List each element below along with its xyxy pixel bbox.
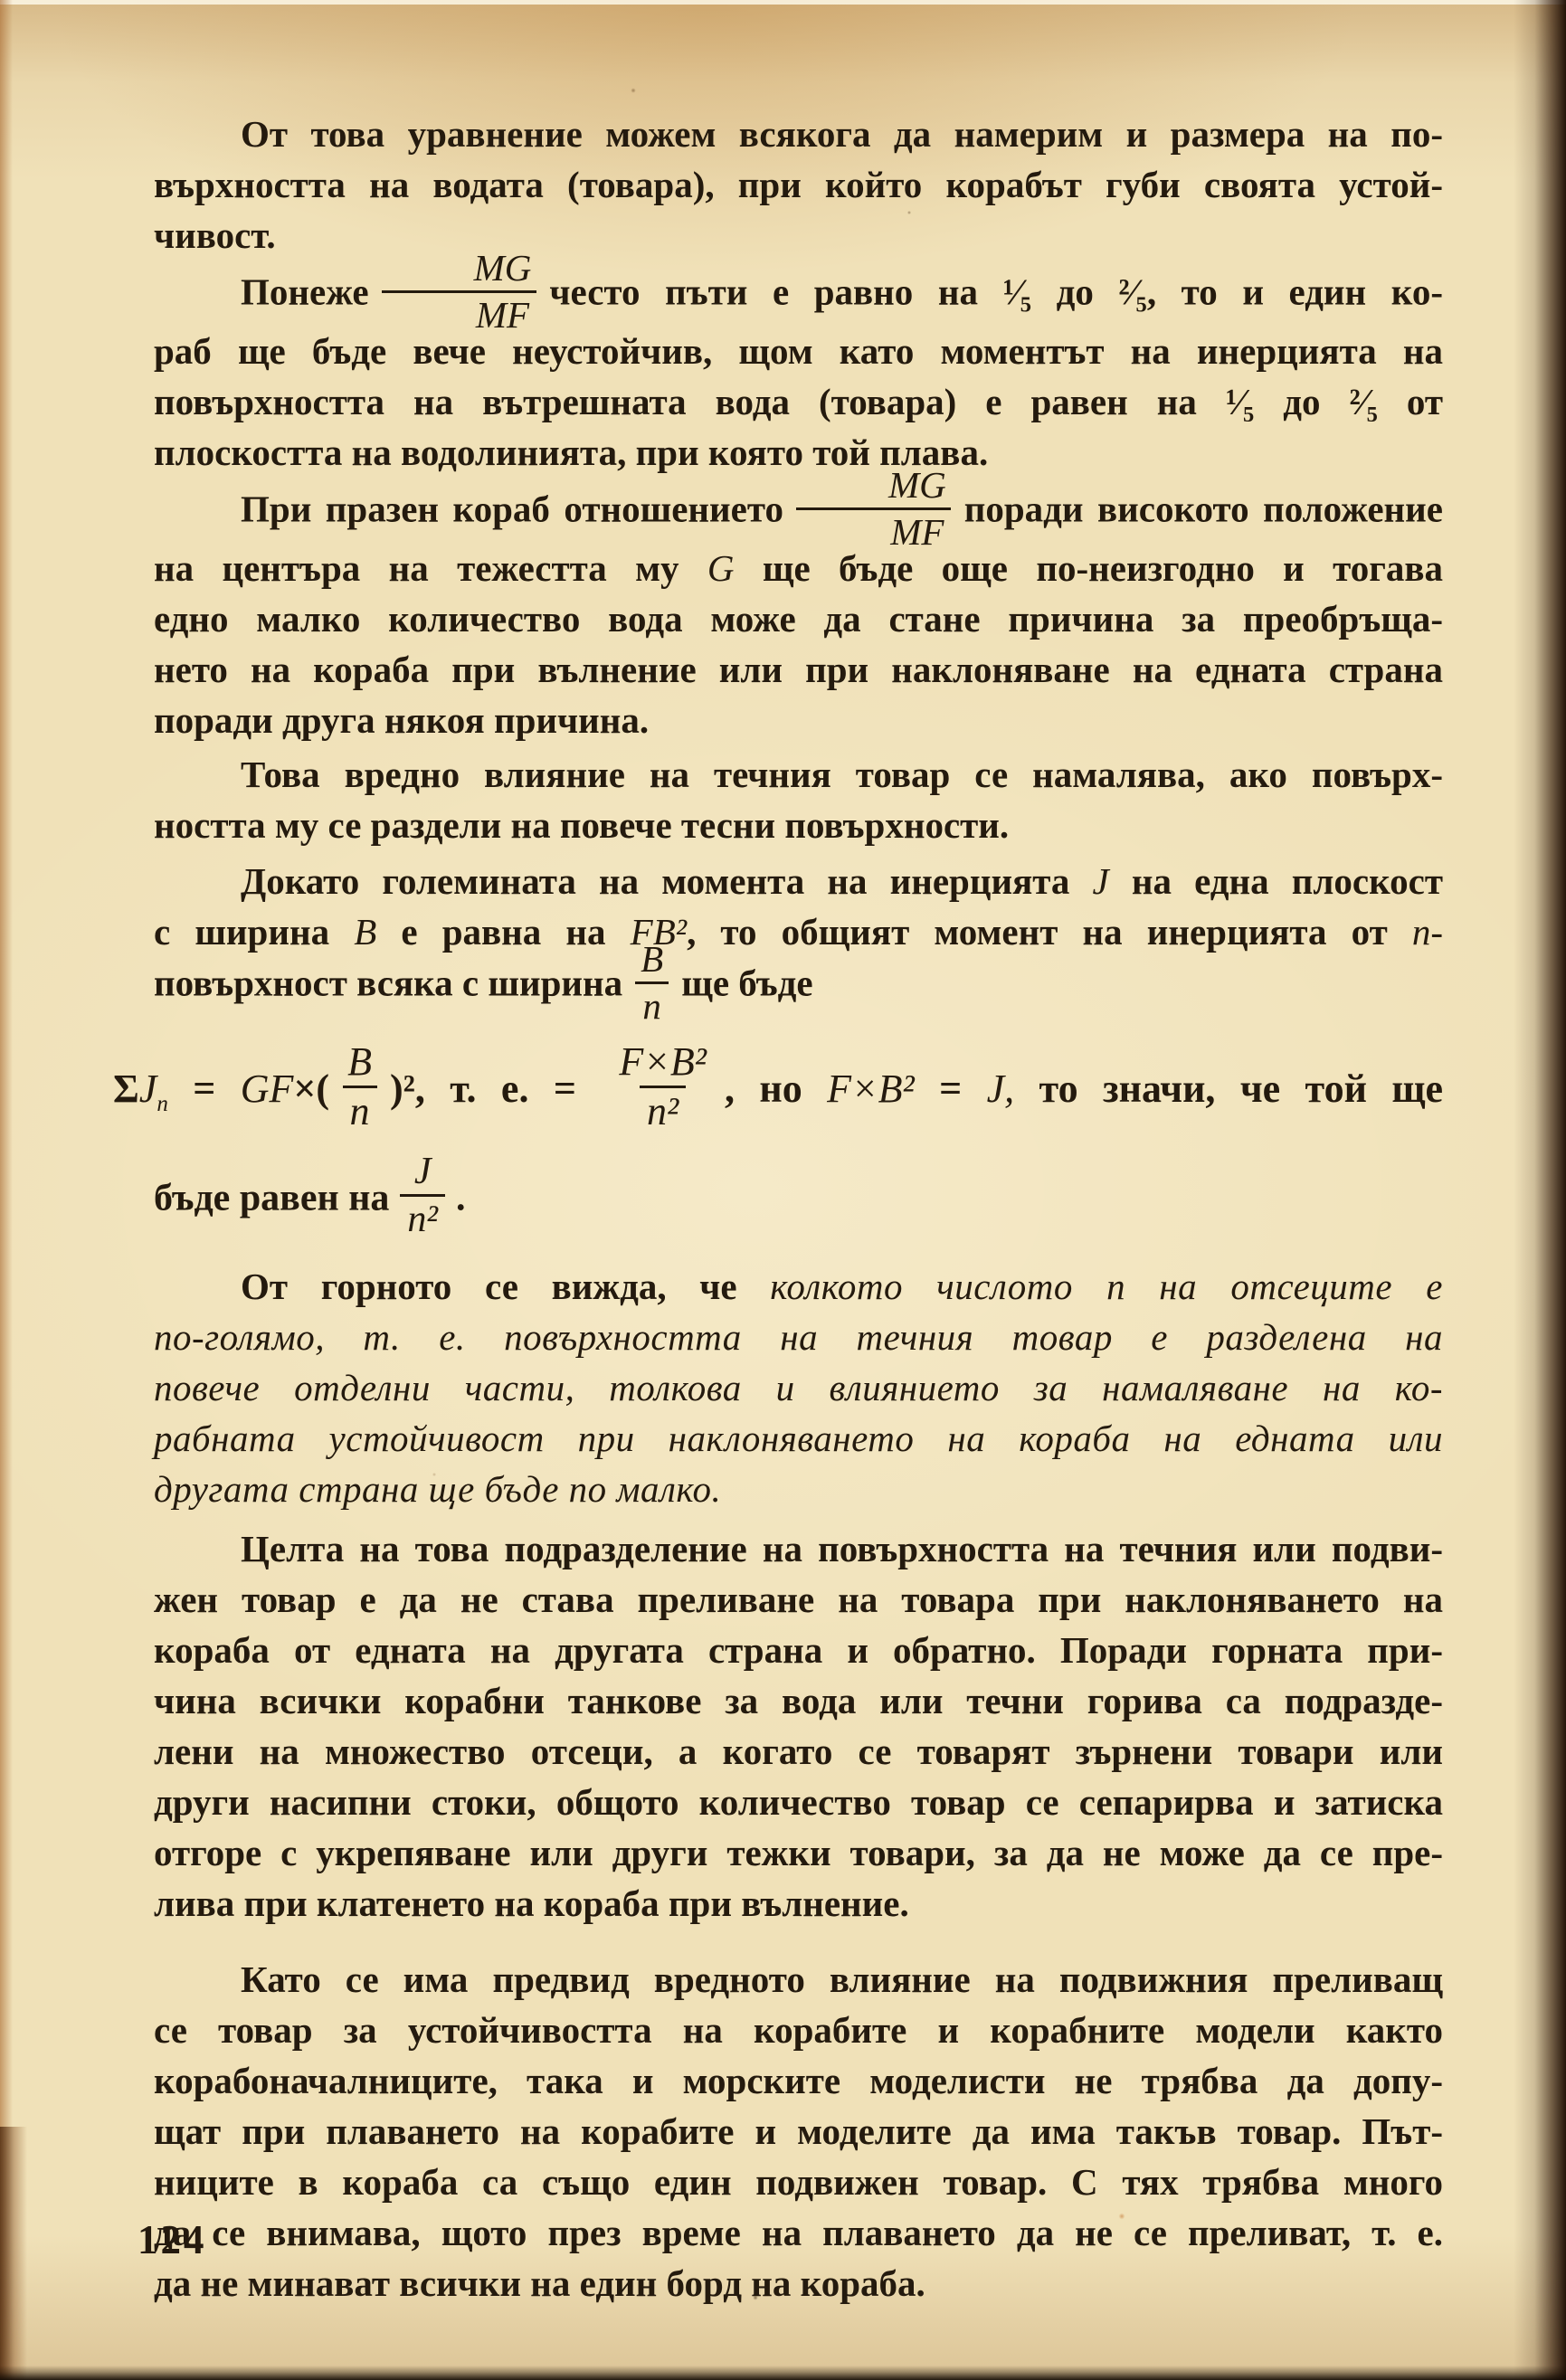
text-segment: .	[456, 1178, 466, 1219]
text-line: кораба от едната на другата страна и обр…	[154, 1625, 1443, 1675]
text-line: се товар за устойчивостта на корабите и …	[154, 2005, 1443, 2055]
math-variable: GF	[241, 1067, 294, 1111]
math-variable: n-	[1412, 911, 1443, 953]
text-segment: на центъра на тежестта му	[154, 547, 707, 589]
scan-edge-bottom	[0, 2366, 1566, 2380]
paragraph-moment-inercia: Докато големината на момента на инерцият…	[154, 856, 1443, 1017]
text-segment: ще бъде	[681, 962, 812, 1003]
fraction-denominator: n²	[400, 1194, 445, 1239]
paragraph-vredno-vliyanie: Това вредно влияние на течния товар се н…	[154, 749, 1443, 850]
fraction-mg-mf: MGMF	[794, 479, 954, 539]
text-line-with-fraction: ПонежеMGMFчесто пъти е равно на ¹⁄₅ до ²…	[154, 266, 1443, 326]
text-line: едно малко количество вода може да стане…	[154, 593, 1443, 644]
book-spine-edge	[0, 2127, 27, 2380]
text-segment: От горното се вижда, че	[241, 1266, 770, 1307]
text-line: раб ще бъде вече неустойчив, щом като мо…	[154, 326, 1443, 376]
fraction-b-n: Bn	[633, 953, 670, 1013]
fraction-numerator: F×B²	[612, 1042, 714, 1086]
text-segment: Докато големината на момента на инерцият…	[241, 860, 1093, 902]
text-segment: бъде равен на	[154, 1178, 389, 1219]
text-line: лени на множество отсеци, а когато се то…	[154, 1726, 1443, 1777]
text-line: От горното се вижда, че колкото числото …	[154, 1261, 1443, 1312]
subscript-n: n	[157, 1092, 168, 1116]
text-segment: повърхност всяка с ширина	[154, 962, 622, 1003]
fraction-denominator: n	[635, 981, 669, 1026]
text-line: отгоре с укрепяване или други тежки това…	[154, 1827, 1443, 1878]
text-line: жен товар е да не става преливане на тов…	[154, 1574, 1443, 1625]
text-line: Целта на това подразделение на повърхнос…	[154, 1523, 1443, 1574]
equals-sign: =	[168, 1067, 241, 1111]
text-line: чина всички корабни танкове за вода или …	[154, 1675, 1443, 1726]
text-line: повърхността на вътрешната вода (товара)…	[154, 376, 1443, 427]
text-segment: често пъти е равно на ¹⁄₅ до ²⁄₅, то и е…	[549, 270, 1443, 312]
fraction-b-n: Bn	[340, 1033, 379, 1142]
paragraph-ponezhe: ПонежеMGMFчесто пъти е равно на ¹⁄₅ до ²…	[154, 266, 1443, 478]
formula-line: ΣJn = GF×(Bn)², т. е. = F×B²n², но F×B² …	[113, 1038, 1443, 1147]
fraction-denominator: MF	[382, 290, 536, 335]
text-segment: е равна на	[376, 911, 630, 953]
math-expression: F×B²	[827, 1067, 915, 1111]
scan-edge-right	[1514, 0, 1566, 2380]
text-line: чивост.	[154, 210, 1443, 261]
fraction-denominator: MF	[796, 507, 951, 552]
text-segment: поради високото положение	[964, 488, 1443, 529]
text-line: по-голямо, т. е. повърхността на течния …	[154, 1312, 1443, 1362]
paragraph-intro: От това уравнение можем всякога да намер…	[154, 109, 1443, 261]
fraction-numerator: MG	[380, 250, 539, 290]
text-line: Като се има предвид вредното влияние на …	[154, 1954, 1443, 2005]
text-line: щат при плаването на корабите и моделите…	[154, 2106, 1443, 2157]
text-line: рабната устойчивост при наклоняването на…	[154, 1413, 1443, 1464]
text-line: другата страна ще бъде по малко.	[154, 1464, 1443, 1514]
text-line-with-fraction: При празен кораб отношениетоMGMFпоради в…	[154, 483, 1443, 543]
scan-edge-top	[0, 0, 1566, 5]
text-line: ността му се раздели на повече тесни пов…	[154, 800, 1443, 850]
fraction-numerator: B	[633, 941, 670, 981]
text-segment: ще бъде още по-неизгодно и тогава	[735, 547, 1443, 589]
text-segment: с ширина	[154, 911, 354, 953]
math-variable: J	[1093, 860, 1109, 902]
fraction-numerator: J	[407, 1152, 439, 1194]
text-line: От това уравнение можем всякога да намер…	[154, 109, 1443, 159]
sigma-symbol: Σ	[113, 1067, 139, 1111]
text-line-with-fraction: повърхност всяка с ширинаBnще бъде	[154, 957, 1443, 1017]
scan-edge-left	[0, 0, 13, 2380]
text-segment: )², т. е. =	[390, 1067, 601, 1111]
text-line: върхността на водата (товара), при който…	[154, 159, 1443, 210]
text-line: Това вредно влияние на течния товар се н…	[154, 749, 1443, 800]
formula-continuation-line: бъде равен наJn².	[154, 1154, 1443, 1248]
text-line: повече отделни части, толкова и влияниет…	[154, 1362, 1443, 1413]
fraction-j-n2: Jn²	[400, 1149, 445, 1243]
times-open-paren: ×(	[293, 1067, 329, 1111]
math-variable: J	[139, 1067, 157, 1111]
text-segment: При празен кораб отношението	[241, 488, 783, 529]
text-segment: на една плоскост	[1109, 860, 1443, 902]
fraction-denominator: n	[343, 1086, 377, 1133]
paragraph-kato: Като се има предвид вредното влияние на …	[154, 1954, 1443, 2309]
text-line: корабоначалниците, така и морските модел…	[154, 2055, 1443, 2106]
text-line: да не минават всички на един борд на кор…	[154, 2258, 1443, 2309]
math-variable: B	[354, 911, 376, 953]
text-segment: , то общият момент на инерцията от	[687, 911, 1412, 953]
text-line: поради друга някоя причина.	[154, 695, 1443, 745]
book-page: От това уравнение можем всякога да намер…	[0, 0, 1566, 2380]
text-block: От това уравнение можем всякога да намер…	[154, 109, 1443, 2309]
text-line: ниците в кораба са също един подвижен то…	[154, 2157, 1443, 2207]
text-segment: Понеже	[241, 270, 369, 312]
fraction-numerator: MG	[794, 467, 954, 507]
math-variable: G	[707, 547, 735, 589]
fraction-denominator: n²	[640, 1086, 686, 1133]
fraction-mg-mf: MGMF	[380, 262, 539, 322]
text-segment: , но	[725, 1067, 827, 1111]
equals-sign: =	[915, 1067, 987, 1111]
page-number: 124	[138, 2216, 207, 2263]
text-line: с ширина B е равна на FB², то общият мом…	[154, 906, 1443, 957]
text-line: други насипни стоки, общото количество т…	[154, 1777, 1443, 1827]
text-segment: то значи, че той ще	[1014, 1067, 1443, 1111]
fraction-numerator: B	[340, 1042, 379, 1086]
fraction-fxb2-n2: F×B²n²	[612, 1033, 714, 1142]
math-variable: J,	[987, 1067, 1015, 1111]
text-line: Докато големината на момента на инерцият…	[154, 856, 1443, 906]
paragraph-celta: Целта на това подразделение на повърхнос…	[154, 1523, 1443, 1929]
italic-segment: колкото числото n на отсеците е	[770, 1266, 1443, 1307]
paragraph-prazen-korab: При празен кораб отношениетоMGMFпоради в…	[154, 483, 1443, 745]
text-line: лива при клатенето на кораба при вълнени…	[154, 1878, 1443, 1929]
text-line: нето на кораба при вълнение или при накл…	[154, 644, 1443, 695]
text-line: да се внимава, щото през време на плаван…	[154, 2207, 1443, 2258]
paragraph-italic-conclusion: От горното се вижда, че колкото числото …	[154, 1261, 1443, 1514]
